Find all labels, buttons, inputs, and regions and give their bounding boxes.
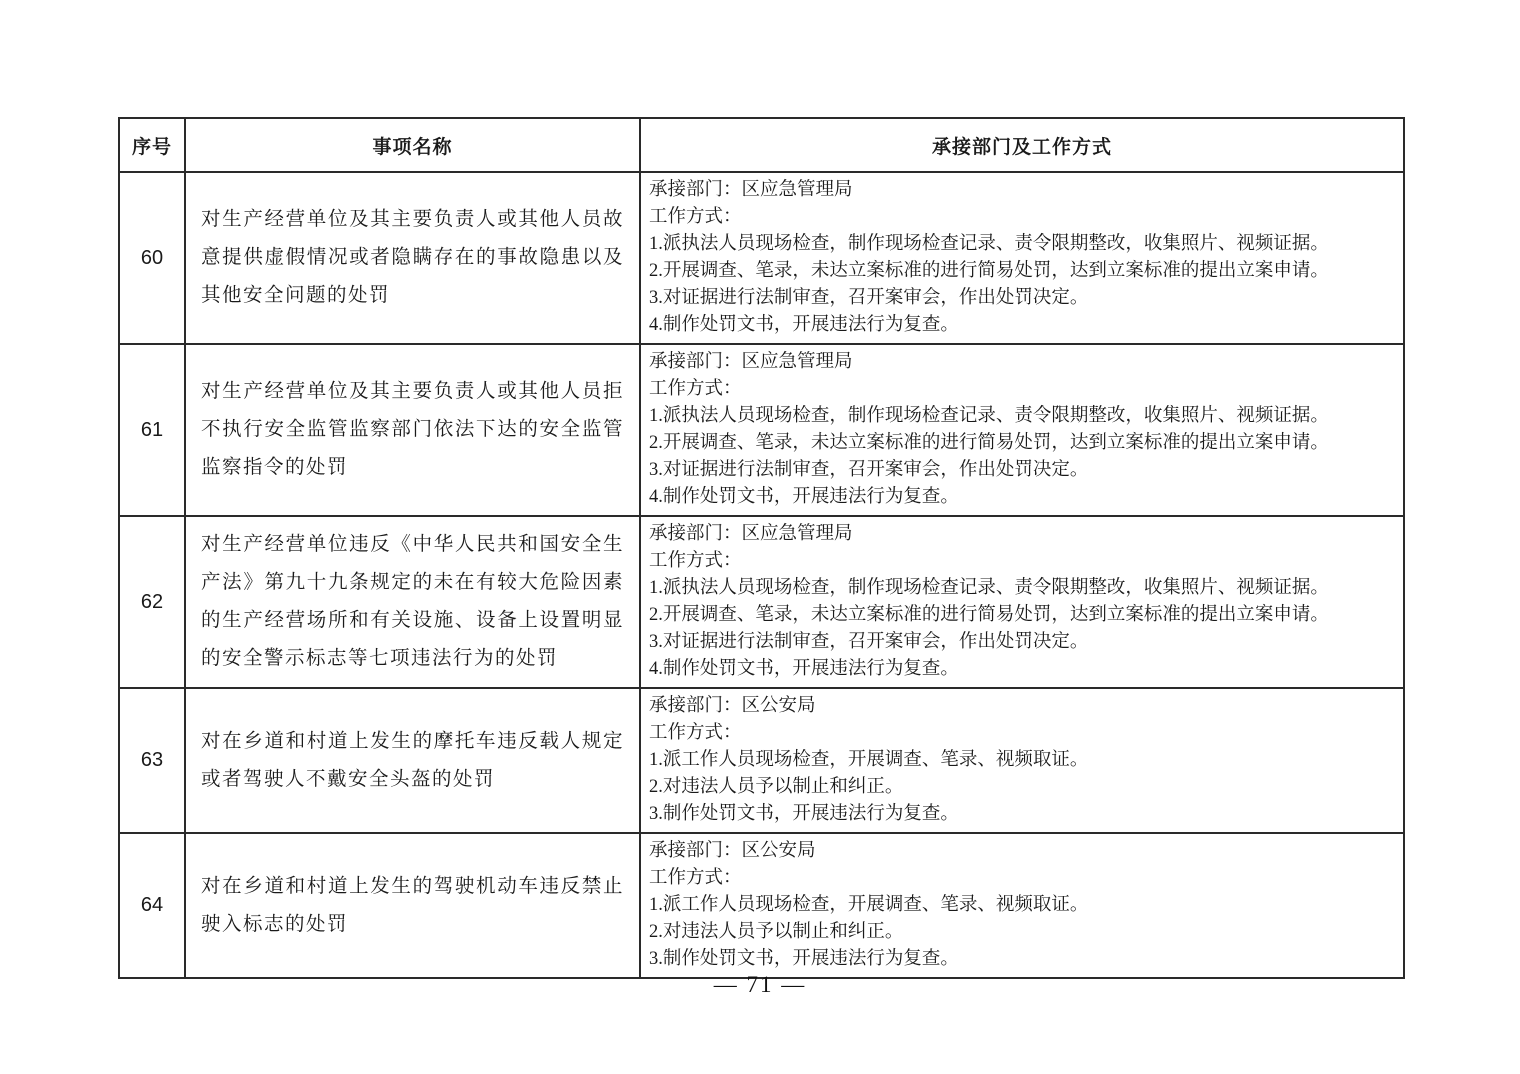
department-line: 承接部门：区应急管理局	[649, 521, 1393, 548]
method-step: 1.派执法人员现场检查，制作现场检查记录、责令限期整改，收集照片、视频证据。	[649, 403, 1393, 430]
item-name-cell: 对生产经营单位及其主要负责人或其他人员故意提供虚假情况或者隐瞒存在的事故隐患以及…	[185, 172, 640, 344]
header-serial-number: 序号	[119, 118, 185, 172]
item-name-cell: 对在乡道和村道上发生的摩托车违反载人规定或者驾驶人不戴安全头盔的处罚	[185, 688, 640, 833]
department-method-cell: 承接部门：区公安局 工作方式： 1.派工作人员现场检查，开展调查、笔录、视频取证…	[640, 833, 1404, 978]
table-header-row: 序号 事项名称 承接部门及工作方式	[119, 118, 1404, 172]
page-number: — 71 —	[0, 972, 1520, 998]
method-step: 4.制作处罚文书，开展违法行为复查。	[649, 484, 1393, 511]
method-label: 工作方式：	[649, 865, 1393, 892]
row-serial-number: 63	[119, 688, 185, 833]
department-line: 承接部门：区公安局	[649, 838, 1393, 865]
method-step: 4.制作处罚文书，开展违法行为复查。	[649, 312, 1393, 339]
method-step: 3.制作处罚文书，开展违法行为复查。	[649, 946, 1393, 973]
document-page: 序号 事项名称 承接部门及工作方式 60 对生产经营单位及其主要负责人或其他人员…	[0, 0, 1520, 1074]
method-step: 3.制作处罚文书，开展违法行为复查。	[649, 801, 1393, 828]
department-method-cell: 承接部门：区应急管理局 工作方式： 1.派执法人员现场检查，制作现场检查记录、责…	[640, 344, 1404, 516]
table-row: 63 对在乡道和村道上发生的摩托车违反载人规定或者驾驶人不戴安全头盔的处罚 承接…	[119, 688, 1404, 833]
method-step: 4.制作处罚文书，开展违法行为复查。	[649, 656, 1393, 683]
method-step: 1.派工作人员现场检查，开展调查、笔录、视频取证。	[649, 892, 1393, 919]
header-department-method: 承接部门及工作方式	[640, 118, 1404, 172]
table-row: 62 对生产经营单位违反《中华人民共和国安全生产法》第九十九条规定的未在有较大危…	[119, 516, 1404, 688]
method-step: 3.对证据进行法制审查，召开案审会，作出处罚决定。	[649, 285, 1393, 312]
department-line: 承接部门：区公安局	[649, 693, 1393, 720]
method-label: 工作方式：	[649, 204, 1393, 231]
row-serial-number: 61	[119, 344, 185, 516]
items-table: 序号 事项名称 承接部门及工作方式 60 对生产经营单位及其主要负责人或其他人员…	[118, 117, 1405, 979]
item-name-cell: 对生产经营单位及其主要负责人或其他人员拒不执行安全监管监察部门依法下达的安全监管…	[185, 344, 640, 516]
method-step: 2.开展调查、笔录，未达立案标准的进行简易处罚，达到立案标准的提出立案申请。	[649, 602, 1393, 629]
item-name-text: 对在乡道和村道上发生的驾驶机动车违反禁止驶入标志的处罚	[201, 868, 624, 944]
method-step: 2.对违法人员予以制止和纠正。	[649, 919, 1393, 946]
department-line: 承接部门：区应急管理局	[649, 177, 1393, 204]
method-step: 1.派工作人员现场检查，开展调查、笔录、视频取证。	[649, 747, 1393, 774]
row-serial-number: 62	[119, 516, 185, 688]
row-serial-number: 60	[119, 172, 185, 344]
department-line: 承接部门：区应急管理局	[649, 349, 1393, 376]
method-step: 1.派执法人员现场检查，制作现场检查记录、责令限期整改，收集照片、视频证据。	[649, 231, 1393, 258]
table-row: 61 对生产经营单位及其主要负责人或其他人员拒不执行安全监管监察部门依法下达的安…	[119, 344, 1404, 516]
item-name-text: 对生产经营单位及其主要负责人或其他人员拒不执行安全监管监察部门依法下达的安全监管…	[201, 373, 624, 487]
method-step: 3.对证据进行法制审查，召开案审会，作出处罚决定。	[649, 629, 1393, 656]
item-name-text: 对在乡道和村道上发生的摩托车违反载人规定或者驾驶人不戴安全头盔的处罚	[201, 723, 624, 799]
department-method-cell: 承接部门：区应急管理局 工作方式： 1.派执法人员现场检查，制作现场检查记录、责…	[640, 516, 1404, 688]
row-serial-number: 64	[119, 833, 185, 978]
table-row: 60 对生产经营单位及其主要负责人或其他人员故意提供虚假情况或者隐瞒存在的事故隐…	[119, 172, 1404, 344]
table-row: 64 对在乡道和村道上发生的驾驶机动车违反禁止驶入标志的处罚 承接部门：区公安局…	[119, 833, 1404, 978]
method-label: 工作方式：	[649, 720, 1393, 747]
method-step: 1.派执法人员现场检查，制作现场检查记录、责令限期整改，收集照片、视频证据。	[649, 575, 1393, 602]
item-name-cell: 对在乡道和村道上发生的驾驶机动车违反禁止驶入标志的处罚	[185, 833, 640, 978]
method-label: 工作方式：	[649, 376, 1393, 403]
method-step: 2.开展调查、笔录，未达立案标准的进行简易处罚，达到立案标准的提出立案申请。	[649, 430, 1393, 457]
item-name-cell: 对生产经营单位违反《中华人民共和国安全生产法》第九十九条规定的未在有较大危险因素…	[185, 516, 640, 688]
method-step: 2.开展调查、笔录，未达立案标准的进行简易处罚，达到立案标准的提出立案申请。	[649, 258, 1393, 285]
header-item-name: 事项名称	[185, 118, 640, 172]
method-label: 工作方式：	[649, 548, 1393, 575]
department-method-cell: 承接部门：区应急管理局 工作方式： 1.派执法人员现场检查，制作现场检查记录、责…	[640, 172, 1404, 344]
item-name-text: 对生产经营单位及其主要负责人或其他人员故意提供虚假情况或者隐瞒存在的事故隐患以及…	[201, 201, 624, 315]
method-step: 3.对证据进行法制审查，召开案审会，作出处罚决定。	[649, 457, 1393, 484]
department-method-cell: 承接部门：区公安局 工作方式： 1.派工作人员现场检查，开展调查、笔录、视频取证…	[640, 688, 1404, 833]
method-step: 2.对违法人员予以制止和纠正。	[649, 774, 1393, 801]
item-name-text: 对生产经营单位违反《中华人民共和国安全生产法》第九十九条规定的未在有较大危险因素…	[201, 526, 624, 678]
